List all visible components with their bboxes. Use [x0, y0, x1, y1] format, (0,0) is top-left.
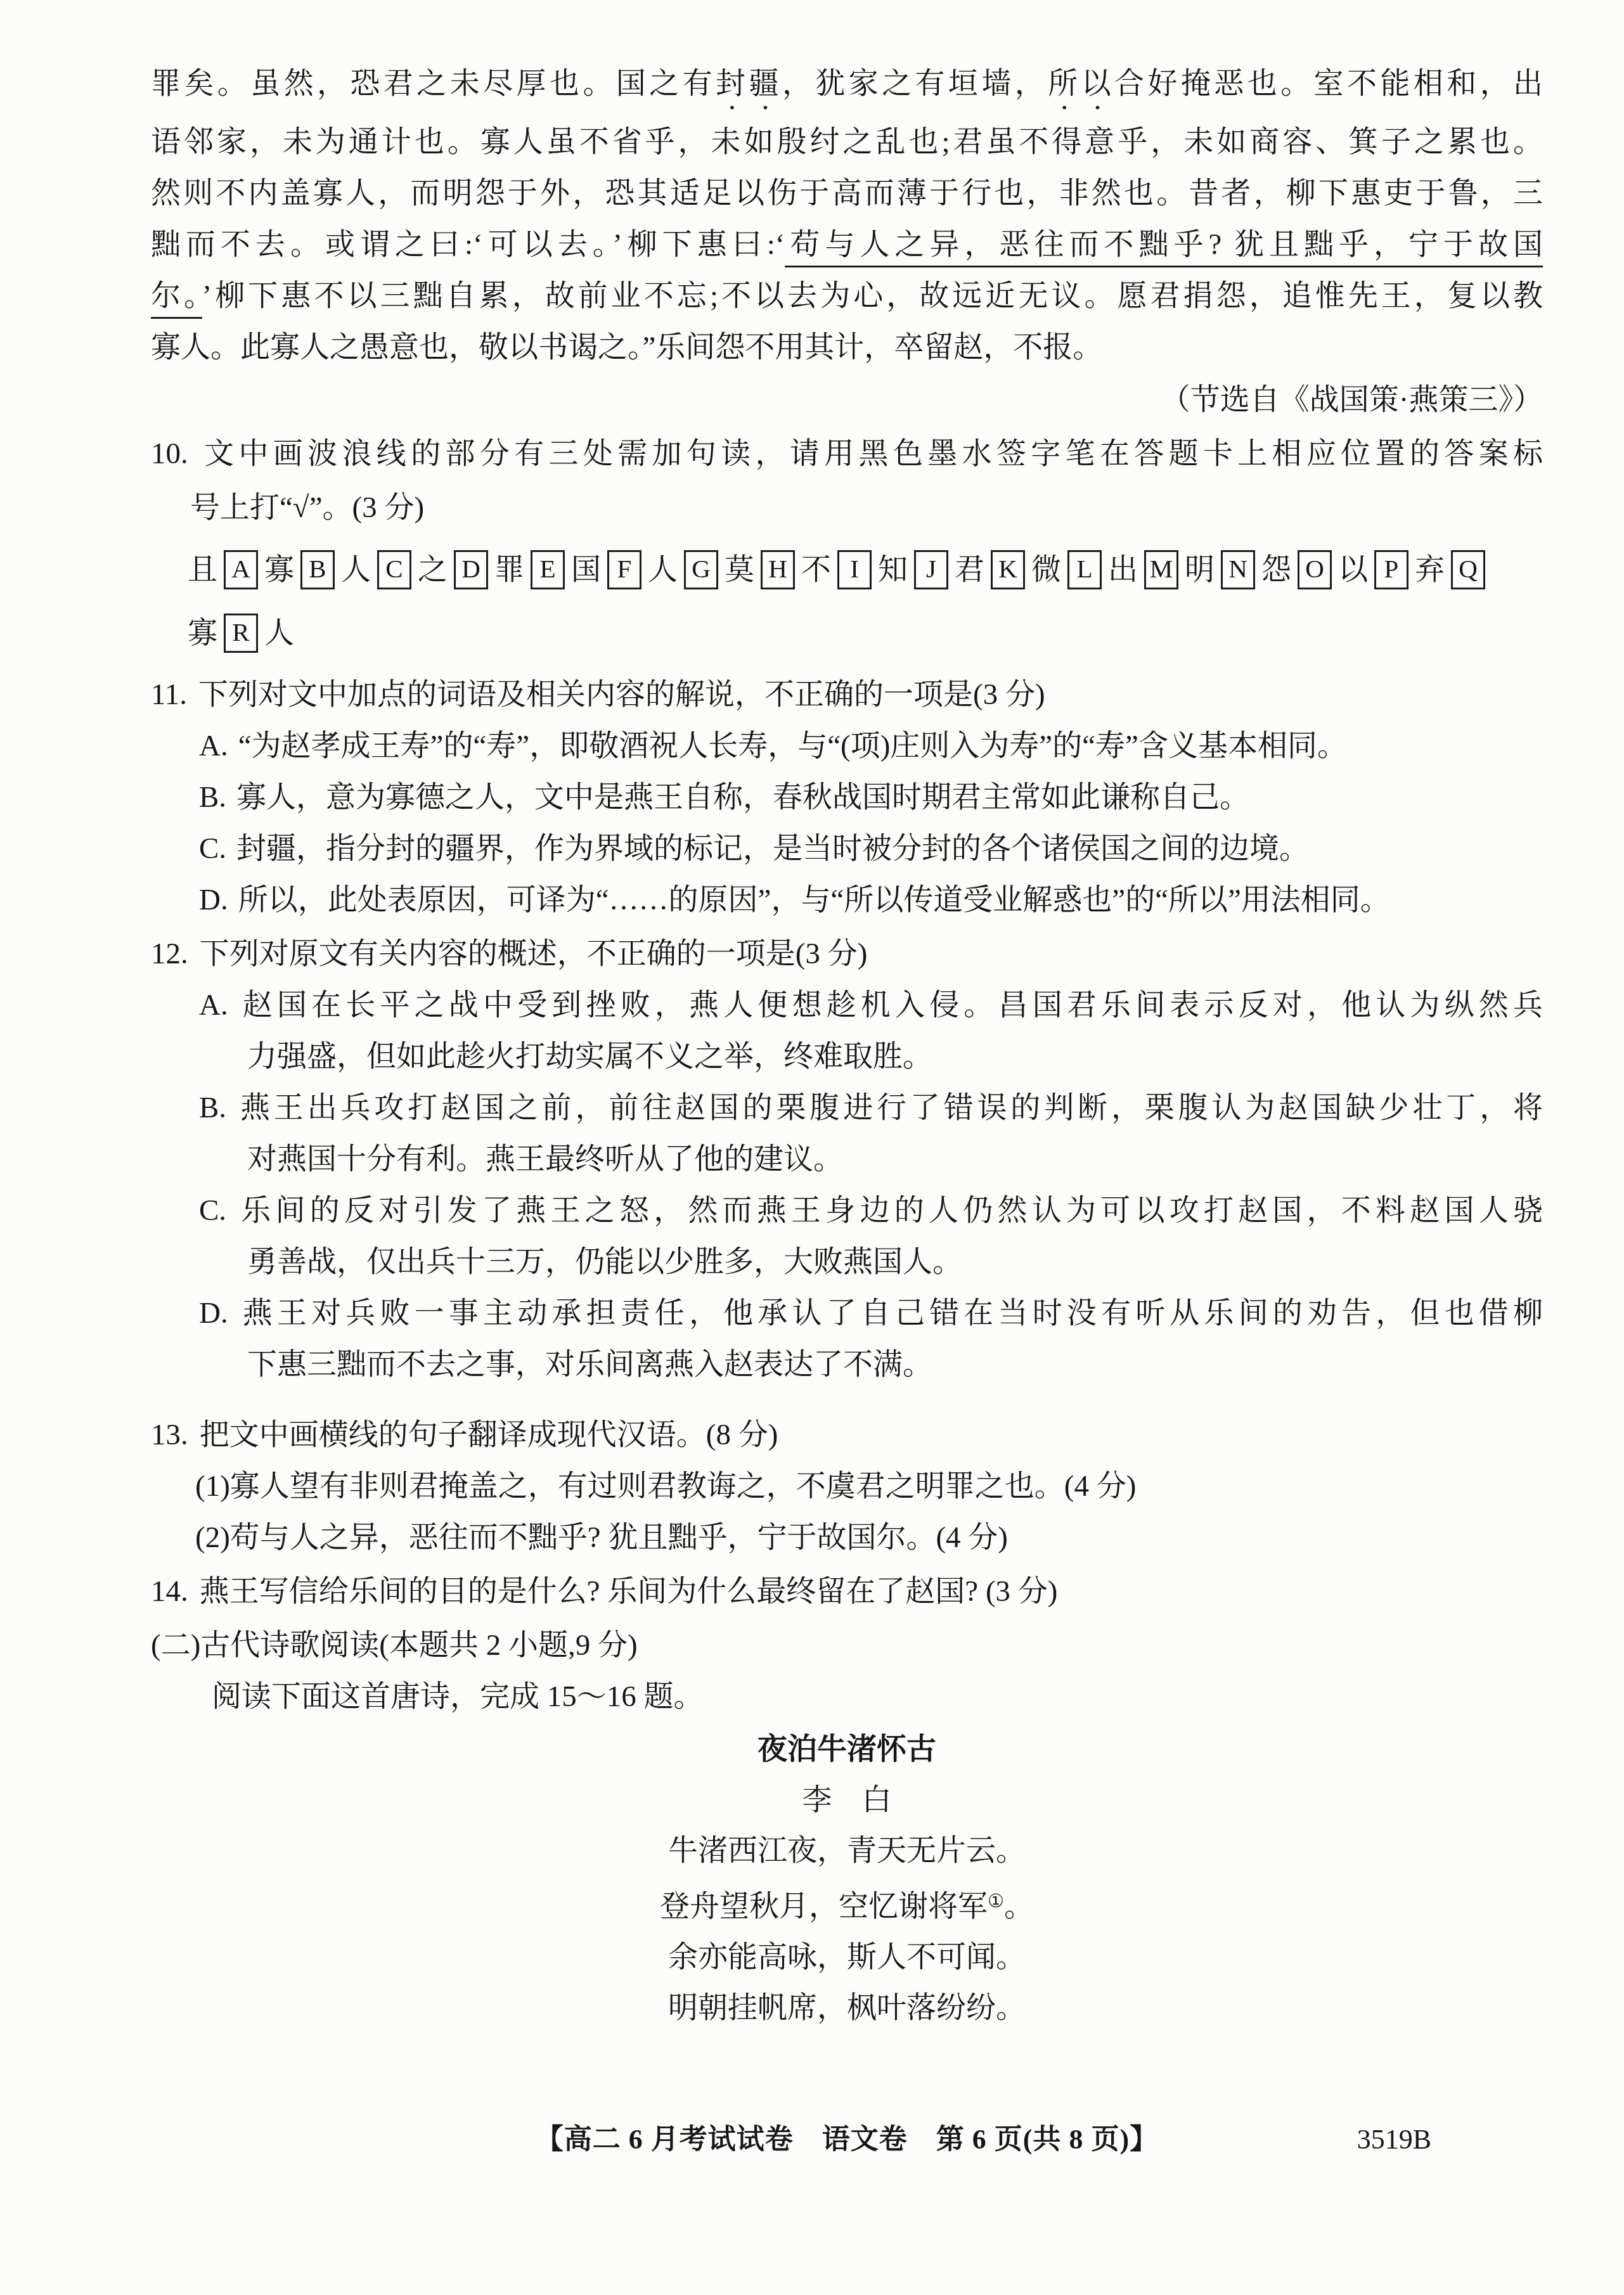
- passage-line-5: 尔。’柳下惠不以三黜自累，故前业不忘;不以去为心，故远近无议。愿君捐怨，追惟先王…: [151, 271, 1543, 322]
- option-12-A-continuation: 力强盛，但如此趁火打劫实属不义之举，终难取胜。: [247, 1031, 1543, 1083]
- option-label: C.: [199, 1194, 226, 1227]
- option-11-D: D.所以，此处表原因，可译为“……的原因”，与“所以传道受业解惑也”的“所以”用…: [199, 875, 1543, 926]
- option-12-B-continuation: 对燕国十分有利。燕王最终听从了他的建议。: [247, 1134, 1543, 1185]
- question-number: 13.: [151, 1418, 188, 1451]
- passage-text: ’柳下惠不以三黜自累，故前业不忘;不以去为心，故远近无议。愿君捐怨，追惟先王，复…: [202, 280, 1543, 312]
- question-10: 10.文中画波浪线的部分有三处需加句读，请用黑色墨水签字笔在答题卡上相应位置的答…: [151, 428, 1543, 653]
- poem-line-2: 登舟望秋月，空忆谢将军①。: [151, 1876, 1543, 1932]
- poem-line-2-text: 登舟望秋月，空忆谢将军: [660, 1890, 988, 1923]
- passage-line-3: 然则不内盖寡人，而明怨于外，恐其适足以伤于高而薄于行也，非然也。昔者，柳下惠吏于…: [151, 168, 1543, 219]
- section-2-poetry-reading: (二)古代诗歌阅读(本题共 2 小题,9 分) 阅读下面这首唐诗，完成 15～1…: [151, 1620, 1543, 2033]
- option-11-A: A.“为赵孝成王寿”的“寿”，即敬酒祝人长寿，与“(项)庄则入为寿”的“寿”含义…: [199, 721, 1543, 772]
- passage-text: 罪矣。虽然，恐君之未尽厚也。国之有: [151, 67, 716, 100]
- option-12-A: A.赵国在长平之战中受到挫败，燕人便想趁机入侵。昌国君乐间表示反对，他认为纵然兵: [199, 980, 1543, 1031]
- question-12: 12.下列对原文有关内容的概述，不正确的一项是(3 分) A.赵国在长平之战中受…: [151, 929, 1543, 1391]
- section-2-heading: (二)古代诗歌阅读(本题共 2 小题,9 分): [151, 1620, 1543, 1671]
- poem-author: 李 白: [151, 1775, 1543, 1825]
- footer-paper-code: 3519B: [1357, 2121, 1431, 2159]
- sequence-char: 罪: [494, 553, 524, 586]
- sequence-char: 人: [341, 553, 371, 586]
- answer-mark-box: I: [837, 550, 872, 589]
- option-label: A.: [199, 989, 228, 1022]
- passage-source: （节选自《战国策·燕策三》）: [151, 375, 1543, 426]
- answer-mark-box: A: [224, 550, 258, 589]
- question-number: 10.: [151, 437, 188, 470]
- sequence-char: 怨: [1261, 553, 1291, 586]
- page-footer: 【高二 6 月考试试卷 语文卷 第 6 页(共 8 页)】 3519B: [151, 2121, 1543, 2159]
- option-12-B: B.燕王出兵攻打赵国之前，前往赵国的栗腹进行了错误的判断，栗腹认为赵国缺少壮丁，…: [199, 1083, 1543, 1134]
- poem-line-3: 余亦能高咏，斯人不可闻。: [151, 1932, 1543, 1983]
- q13-sub-2: (2)苟与人之异，恶往而不黜乎? 犹且黜乎，宁于故国尔。(4 分): [195, 1512, 1543, 1564]
- option-label: A.: [199, 730, 228, 762]
- sub-label: (2): [195, 1521, 230, 1554]
- footnote-marker: ①: [988, 1891, 1004, 1912]
- option-text: 燕王对兵败一事主动承担责任，他承认了自己错在当时没有听从乐间的劝告，但也借柳: [238, 1297, 1543, 1330]
- q10-instruction-line-1: 10.文中画波浪线的部分有三处需加句读，请用黑色墨水签字笔在答题卡上相应位置的答…: [151, 428, 1543, 480]
- poem-line-4: 明朝挂帆席，枫叶落纷纷。: [151, 1983, 1543, 2033]
- option-label: B.: [199, 1091, 226, 1124]
- option-12-D: D.燕王对兵败一事主动承担责任，他承认了自己错在当时没有听从乐间的劝告，但也借柳: [199, 1288, 1543, 1339]
- question-number: 12.: [151, 937, 188, 970]
- q13-sub-1: (1)寡人望有非则君掩盖之，有过则君教诲之，不虞君之明罪之也。(4 分): [195, 1461, 1543, 1512]
- question-number: 11.: [151, 678, 187, 711]
- option-text: “为赵孝成王寿”的“寿”，即敬酒祝人长寿，与“(项)庄则入为寿”的“寿”含义基本…: [238, 730, 1347, 762]
- exam-page: 罪矣。虽然，恐君之未尽厚也。国之有封疆，犹家之有垣墙，所以合好掩恶也。室不能相和…: [0, 0, 1624, 2295]
- section-2-instruction: 阅读下面这首唐诗，完成 15～16 题。: [212, 1671, 1543, 1723]
- poem-title: 夜泊牛渚怀古: [151, 1724, 1543, 1775]
- question-14: 14.燕王写信给乐间的目的是什么? 乐间为什么最终留在了赵国? (3 分): [151, 1566, 1543, 1617]
- answer-mark-box: D: [454, 550, 488, 589]
- option-12-C-continuation: 勇善战，仅出兵十三万，仍能以少胜多，大败燕国人。: [247, 1237, 1543, 1288]
- q12-stem: 12.下列对原文有关内容的概述，不正确的一项是(3 分): [151, 929, 1543, 980]
- answer-mark-box: H: [761, 550, 795, 589]
- q10-instruction-text: 文中画波浪线的部分有三处需加句读，请用黑色墨水签字笔在答题卡上相应位置的答案标: [200, 437, 1543, 470]
- sequence-char: 国: [571, 553, 601, 586]
- answer-mark-box: M: [1144, 550, 1178, 589]
- sequence-char: 不: [801, 553, 831, 586]
- answer-mark-box: J: [914, 550, 948, 589]
- answer-mark-box: R: [224, 614, 258, 653]
- passage-line-2: 语邻家，未为通计也。寡人虽不省乎，未如殷纣之乱也;君虽不得意乎，未如商容、箕子之…: [151, 117, 1543, 168]
- sequence-char: 明: [1185, 553, 1215, 586]
- q12-stem-text: 下列对原文有关内容的概述，不正确的一项是(3 分): [200, 937, 868, 970]
- sequence-char: 人: [648, 553, 678, 586]
- sequence-char: 微: [1031, 553, 1061, 586]
- answer-mark-box: B: [300, 550, 335, 589]
- q11-stem: 11.下列对文中加点的词语及相关内容的解说，不正确的一项是(3 分): [151, 669, 1543, 721]
- punctuation-sequence-row-2: 寡R人: [151, 614, 1543, 653]
- question-13: 13.把文中画横线的句子翻译成现代汉语。(8 分) (1)寡人望有非则君掩盖之，…: [151, 1410, 1543, 1564]
- sequence-char: 弃: [1415, 553, 1445, 586]
- answer-mark-box: F: [607, 550, 641, 589]
- sequence-char: 以: [1338, 553, 1368, 586]
- question-number: 14.: [151, 1575, 188, 1608]
- answer-mark-box: N: [1221, 550, 1255, 589]
- underlined-sentence: 苟与人之异，恶往而不黜乎? 犹且黜乎，宁于故国: [785, 228, 1543, 267]
- answer-mark-box: G: [684, 550, 718, 589]
- passage-line-6: 寡人。此寡人之愚意也，敬以书谒之。”乐间怨不用其计，卒留赵，不报。: [151, 322, 1543, 373]
- option-label: B.: [199, 781, 226, 814]
- question-11: 11.下列对文中加点的词语及相关内容的解说，不正确的一项是(3 分) A.“为赵…: [151, 669, 1543, 926]
- option-text: 乐间的反对引发了燕王之怒，然而燕王身边的人仍然认为可以攻打赵国，不料赵国人骁: [236, 1194, 1543, 1227]
- option-text: 所以，此处表原因，可译为“……的原因”，与“所以传道受业解惑也”的“所以”用法相…: [238, 884, 1390, 916]
- option-11-C: C.封疆，指分封的疆界，作为界域的标记，是当时被分封的各个诸侯国之间的边境。: [199, 823, 1543, 875]
- q11-stem-text: 下列对文中加点的词语及相关内容的解说，不正确的一项是(3 分): [198, 678, 1045, 711]
- passage-line-1: 罪矣。虽然，恐君之未尽厚也。国之有封疆，犹家之有垣墙，所以合好掩恶也。室不能相和…: [151, 58, 1543, 117]
- passage-text: 合好掩恶也。室不能相和，出: [1114, 67, 1543, 100]
- classical-passage: 罪矣。虽然，恐君之未尽厚也。国之有封疆，犹家之有垣墙，所以合好掩恶也。室不能相和…: [151, 58, 1543, 426]
- q13-stem-text: 把文中画横线的句子翻译成现代汉语。(8 分): [200, 1418, 778, 1451]
- option-label: D.: [199, 1297, 228, 1330]
- emphasized-word-fengjiang: 封疆: [716, 67, 782, 100]
- footer-exam-info: 【高二 6 月考试试卷 语文卷 第 6 页(共 8 页)】: [151, 2121, 1543, 2159]
- poem-block: 夜泊牛渚怀古 李 白 牛渚西江夜，青天无片云。 登舟望秋月，空忆谢将军①。 余亦…: [151, 1724, 1543, 2033]
- sequence-char: 人: [264, 617, 294, 650]
- poem-line-1: 牛渚西江夜，青天无片云。: [151, 1825, 1543, 1876]
- answer-mark-box: O: [1298, 550, 1332, 589]
- answer-mark-box: E: [531, 550, 565, 589]
- option-12-D-continuation: 下惠三黜而不去之事，对乐间离燕入赵表达了不满。: [247, 1339, 1543, 1391]
- option-text: 燕王出兵攻打赵国之前，前往赵国的栗腹进行了错误的判断，栗腹认为赵国缺少壮丁，将: [236, 1091, 1543, 1124]
- sequence-char: 出: [1108, 553, 1138, 586]
- answer-mark-box: P: [1374, 550, 1408, 589]
- sub-text: 苟与人之异，恶往而不黜乎? 犹且黜乎，宁于故国尔。(4 分): [230, 1521, 1008, 1554]
- option-text: 赵国在长平之战中受到挫败，燕人便想趁机入侵。昌国君乐间表示反对，他认为纵然兵: [238, 989, 1543, 1022]
- passage-text: 黜而不去。或谓之曰:‘可以去。’柳下惠曰:‘: [151, 228, 785, 261]
- answer-mark-box: K: [991, 550, 1025, 589]
- option-label: C.: [199, 832, 226, 865]
- option-label: D.: [199, 884, 228, 916]
- sequence-char: 君: [955, 553, 984, 586]
- sequence-char: 寡: [264, 553, 294, 586]
- sequence-char: 莫: [725, 553, 754, 586]
- passage-text: ，犹家之有垣墙，: [782, 67, 1048, 100]
- q13-stem: 13.把文中画横线的句子翻译成现代汉语。(8 分): [151, 1410, 1543, 1461]
- sequence-char: 之: [418, 553, 448, 586]
- passage-line-4: 黜而不去。或谓之曰:‘可以去。’柳下惠曰:‘苟与人之异，恶往而不黜乎? 犹且黜乎…: [151, 219, 1543, 271]
- sequence-char: 寡: [188, 617, 217, 650]
- option-12-C: C.乐间的反对引发了燕王之怒，然而燕王身边的人仍然认为可以攻打赵国，不料赵国人骁: [199, 1185, 1543, 1237]
- underlined-sentence: 尔。: [151, 280, 202, 319]
- sequence-char: 知: [878, 553, 908, 586]
- sub-label: (1): [195, 1470, 230, 1503]
- answer-mark-box: L: [1067, 550, 1102, 589]
- answer-mark-box: C: [377, 550, 411, 589]
- sub-text: 寡人望有非则君掩盖之，有过则君教诲之，不虞君之明罪之也。(4 分): [230, 1470, 1137, 1503]
- sequence-char: 且: [188, 553, 217, 586]
- q10-instruction-line-2: 号上打“√”。(3 分): [151, 482, 1543, 534]
- punctuation-sequence-row-1: 且A寡B人C之D罪E国F人G莫H不I知J君K微L出M明N怨O以P弃Q: [151, 550, 1543, 589]
- poem-line-2-end: 。: [1004, 1890, 1034, 1923]
- q14-stem-text: 燕王写信给乐间的目的是什么? 乐间为什么最终留在了赵国? (3 分): [200, 1575, 1058, 1608]
- q14-stem: 14.燕王写信给乐间的目的是什么? 乐间为什么最终留在了赵国? (3 分): [151, 1566, 1543, 1617]
- option-text: 寡人，意为寡德之人，文中是燕王自称，春秋战国时期君主常如此谦称自己。: [236, 781, 1249, 814]
- emphasized-word-suoyi: 所以: [1048, 67, 1114, 100]
- option-11-B: B.寡人，意为寡德之人，文中是燕王自称，春秋战国时期君主常如此谦称自己。: [199, 772, 1543, 823]
- option-text: 封疆，指分封的疆界，作为界域的标记，是当时被分封的各个诸侯国之间的边境。: [236, 832, 1309, 865]
- answer-mark-box: Q: [1451, 550, 1485, 589]
